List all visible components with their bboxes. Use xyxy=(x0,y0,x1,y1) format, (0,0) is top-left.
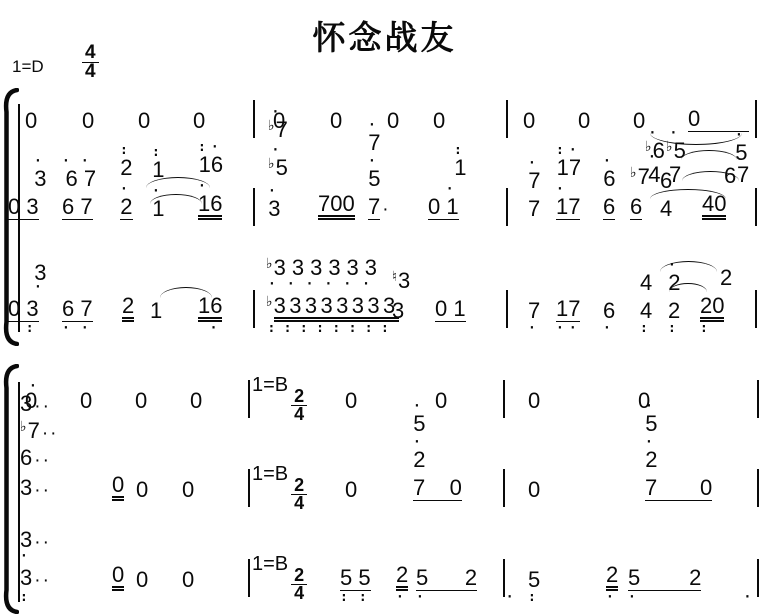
stacked-note: 6 xyxy=(660,170,672,192)
octave-dots-below: : xyxy=(20,593,51,602)
octave-dots-above: · xyxy=(556,185,580,194)
note-digits: 0 xyxy=(82,110,94,132)
stacked-note: 2 xyxy=(720,267,732,289)
stacked-note: ·5 xyxy=(413,402,426,435)
note-main: 5 2· · xyxy=(416,567,477,591)
note-digits: 6 xyxy=(603,168,615,190)
note-digits: 2 xyxy=(122,295,134,322)
note-token: ♭76 xyxy=(630,196,642,220)
barline xyxy=(506,290,508,328)
duration-dots: ·· xyxy=(34,396,51,417)
note-token: 0 xyxy=(136,479,148,501)
note-token: 0 xyxy=(330,110,342,132)
octave-dots-below: · xyxy=(606,593,618,602)
duration-dots: ·· xyxy=(34,532,51,553)
note-digits: 5 xyxy=(368,168,380,190)
note-main: 4: xyxy=(640,300,652,322)
key-change-meter: 24 xyxy=(291,477,307,512)
note-token: ·22: xyxy=(668,300,680,322)
chord-stack: ·5·2 xyxy=(645,402,658,474)
octave-dots-below: ·· xyxy=(62,324,93,333)
octave-dots-below: : xyxy=(700,324,724,333)
stacked-note: 3··· xyxy=(20,529,51,561)
note-token: 6 7·· xyxy=(62,298,93,322)
note-main: 3 xyxy=(392,300,404,322)
duration-dots: ·· xyxy=(42,423,59,444)
octave-dots-below: :: xyxy=(340,593,371,602)
note-digits: 4 xyxy=(640,300,652,322)
key-change: 1=B24 xyxy=(252,374,307,412)
octave-dots-below: : xyxy=(668,324,680,333)
note-main: 6 xyxy=(630,196,642,220)
note-main: 700 xyxy=(318,193,355,220)
note-digits: 0 xyxy=(528,390,540,412)
note-token: 3···3··: xyxy=(20,567,51,591)
barline xyxy=(248,380,250,418)
note-digits: 1 xyxy=(150,300,162,322)
note-digits: 0 xyxy=(435,390,447,412)
octave-dots-below: · xyxy=(34,284,47,292)
barline xyxy=(757,380,759,418)
note-digits: 6 7 xyxy=(62,298,93,322)
note-digits: 2 xyxy=(645,449,657,471)
chord-stack: ♭333333······ xyxy=(266,257,383,292)
note-digits: 700 xyxy=(318,193,355,220)
note-token: 0 xyxy=(190,390,202,412)
octave-dots-below: · xyxy=(198,324,222,333)
note-main: 0 xyxy=(193,110,205,132)
note-main: 5 2· · xyxy=(628,567,701,591)
note-digits: 7 xyxy=(638,166,650,188)
chord-stack: :·16 xyxy=(198,143,224,179)
chord-stack: ·6 xyxy=(603,157,616,193)
note-digits: 3 xyxy=(20,567,32,589)
stacked-note: ·6 xyxy=(603,157,616,190)
note-token: :2·2 xyxy=(120,185,133,220)
note-digits: 0 1 xyxy=(428,196,459,220)
note-digits: 0 xyxy=(193,110,205,132)
note-token: ♮33 xyxy=(392,300,404,322)
octave-dots-above: · xyxy=(268,187,281,196)
stacked-note: ··6 7 xyxy=(62,157,100,190)
note-token: 0 xyxy=(80,390,92,412)
octave-dots-above: · xyxy=(413,402,426,411)
note-main: 0 xyxy=(435,390,447,412)
octave-dots-below: · · xyxy=(416,593,477,602)
note-digits: 0 xyxy=(433,110,445,132)
note-main: 6 xyxy=(603,196,615,220)
note-token: 0 xyxy=(112,564,124,591)
chord-stack: ·5·2 xyxy=(413,402,426,474)
octave-dots-below: · xyxy=(603,324,615,333)
note-digits: 3 xyxy=(268,198,280,220)
key-change-label: 1=B xyxy=(252,553,288,575)
note-main: 7 0 xyxy=(645,477,712,501)
note-digits: 0 xyxy=(135,390,147,412)
note-digits: 2 xyxy=(606,564,618,591)
note-token: ··6 76 7 xyxy=(62,196,93,220)
stacked-note: ·3 xyxy=(34,157,47,190)
note-digits: 7 xyxy=(28,420,40,442)
stacked-note: :·16 xyxy=(198,143,224,176)
barline xyxy=(503,380,505,418)
note-token: ·5·27 0 xyxy=(413,477,462,501)
note-digits: 0 xyxy=(136,479,148,501)
note-token: 0 xyxy=(138,110,150,132)
octave-dots-above: · xyxy=(428,185,459,194)
note-main: 7 xyxy=(737,164,749,186)
octave-dots-below: : xyxy=(528,593,540,602)
note-digits: 0 xyxy=(528,479,540,501)
system-bracket-icon xyxy=(1,88,19,346)
note-digits: 0 xyxy=(190,390,202,412)
note-main: 0 xyxy=(80,390,92,412)
note-token: 1 xyxy=(150,300,162,322)
octave-dots-above: · xyxy=(645,402,658,411)
note-digits: 7 xyxy=(528,300,540,322)
tie-arc xyxy=(669,283,707,292)
note-digits: 3 xyxy=(398,270,410,292)
note-digits: 2 xyxy=(120,157,132,179)
time-signature-denominator: 4 xyxy=(85,63,96,81)
note-main: 4 xyxy=(660,198,672,220)
note-token: 0 xyxy=(135,390,147,412)
note-main: 0 xyxy=(82,110,94,132)
note-main: 16· xyxy=(198,295,222,322)
chord-stack: ·7 xyxy=(528,159,541,195)
chord-stack: ·7·5 xyxy=(368,121,381,193)
octave-dots-below: · · xyxy=(628,593,701,602)
octave-dots-above: :· xyxy=(556,146,582,155)
octave-dots-above: · xyxy=(268,146,288,155)
barline xyxy=(506,188,508,226)
flat-icon: ♭ xyxy=(268,117,275,133)
note-digits: 3 xyxy=(20,529,32,551)
stacked-note: ·3·· xyxy=(20,382,51,417)
barline xyxy=(506,100,508,138)
note-digits: 16 xyxy=(199,154,223,176)
note-digits: 0 1 xyxy=(435,298,466,322)
note-main: 0 xyxy=(136,569,148,591)
stacked-note: :·17 xyxy=(556,146,582,179)
note-main: 0 xyxy=(135,390,147,412)
meter-denominator: 4 xyxy=(294,585,304,602)
note-digits: 0 xyxy=(80,390,92,412)
note-digits: 0 xyxy=(138,110,150,132)
chord-stack: ♮3 xyxy=(392,270,410,297)
stacked-note: ·♭5 xyxy=(268,146,288,181)
note-digits: 3 xyxy=(20,477,32,499)
note-token: 0 xyxy=(433,110,445,132)
note-main: 0 xyxy=(330,110,342,132)
stacked-note: ♭7 xyxy=(630,166,650,190)
note-main: 0 xyxy=(528,390,540,412)
note-token: 2· xyxy=(396,564,408,591)
stacked-note: ·♭7 xyxy=(268,108,288,143)
flat-icon: ♭ xyxy=(268,155,275,171)
stacked-note: :2 xyxy=(120,146,133,179)
chord-stack: 4 xyxy=(640,272,652,297)
duration-dots: ·· xyxy=(34,480,51,501)
note-token: 64 xyxy=(660,198,672,220)
note-digits: 333333 xyxy=(274,257,383,279)
note-digits: 6 xyxy=(603,300,615,322)
note-digits: 7 0 xyxy=(645,477,712,501)
octave-dots-above: : xyxy=(120,146,133,155)
note-main: 20: xyxy=(700,295,724,322)
note-main: 0 xyxy=(578,110,590,132)
octave-dots-above: · xyxy=(120,185,133,194)
chord-stack: :2 xyxy=(120,146,133,182)
flat-icon: ♭ xyxy=(20,418,27,434)
note-digits: 6 xyxy=(20,447,32,469)
note-main: 6· xyxy=(603,300,615,322)
note-digits: 0 xyxy=(345,390,357,412)
chord-stack: 3··· xyxy=(20,529,51,564)
note-digits: 0 xyxy=(387,110,399,132)
octave-dots-below: :::::::: xyxy=(266,324,399,333)
octave-dots-above: · xyxy=(645,438,658,447)
barline xyxy=(248,559,250,597)
page-title: 怀念战友 xyxy=(0,12,769,59)
note-main: 0 xyxy=(25,110,37,132)
chord-stack: 3· xyxy=(34,262,47,295)
barline xyxy=(248,469,250,507)
time-signature: 4 4 xyxy=(82,44,99,81)
stacked-note: ·5 xyxy=(368,157,381,190)
note-token: 220: xyxy=(700,295,724,322)
note-token: 700 xyxy=(318,193,355,220)
note-main: 0 xyxy=(523,110,535,132)
flat-icon: ♭ xyxy=(266,293,273,309)
note-token: :1·0 1 xyxy=(428,185,459,220)
flat-icon: ♭ xyxy=(630,164,637,180)
note-digits: 7 xyxy=(368,132,380,154)
note-main: 2: xyxy=(668,300,680,322)
stacked-note: ·2 xyxy=(645,438,658,471)
note-digits: 0 xyxy=(182,569,194,591)
duration-dots: · xyxy=(382,199,390,220)
note-digits: 5 xyxy=(276,157,288,179)
note-token: 0 xyxy=(193,110,205,132)
note-digits: 0 xyxy=(136,569,148,591)
note-digits: 0 xyxy=(633,110,645,132)
octave-dots-above: · xyxy=(603,157,616,166)
chord-stack: ·♭7·♭5 xyxy=(268,108,288,184)
note-token: 5 5:: xyxy=(340,567,371,591)
note-main: 5: xyxy=(528,569,540,591)
note-digits: 6 7 xyxy=(62,196,93,220)
barline xyxy=(253,290,255,328)
note-main: ·4 xyxy=(648,153,661,186)
key-change-meter: 24 xyxy=(291,388,307,423)
note-digits: 0 xyxy=(182,479,194,501)
flat-icon: ♭ xyxy=(266,255,273,271)
note-digits: 3 xyxy=(20,393,32,415)
octave-dots-above: :· xyxy=(198,143,224,152)
tie-arc xyxy=(160,287,212,298)
note-token: 5 2· · xyxy=(416,567,477,591)
note-digits: 17 xyxy=(556,196,580,220)
note-digits: 17 xyxy=(557,157,581,179)
barline xyxy=(503,559,505,597)
key-change-label: 1=B xyxy=(252,374,288,396)
barline xyxy=(757,559,759,597)
stacked-note: ·7 xyxy=(368,121,381,154)
stacked-note: ·2 xyxy=(413,438,426,471)
note-main: 0 xyxy=(345,390,357,412)
note-main: 0 xyxy=(136,479,148,501)
note-token: 0 xyxy=(136,569,148,591)
note-token: 16· xyxy=(198,295,222,322)
octave-dots-above: · xyxy=(368,157,381,166)
note-main: 2 xyxy=(122,295,134,322)
note-main: 7· xyxy=(368,196,391,220)
note-digits: 5 2 xyxy=(416,567,477,591)
key-change-meter: 24 xyxy=(291,567,307,602)
octave-dots-below: · xyxy=(396,593,408,602)
note-main: 0 xyxy=(112,474,124,501)
note-token: 2· xyxy=(606,564,618,591)
octave-dots-above: : xyxy=(454,146,467,155)
note-main: 3·· xyxy=(20,477,51,501)
note-digits: 0 xyxy=(523,110,535,132)
octave-dots-above: · xyxy=(34,157,47,166)
note-digits: 6 xyxy=(660,170,672,192)
note-main: 0 xyxy=(112,564,124,591)
octave-dots-above: ·· xyxy=(62,157,100,166)
barline xyxy=(755,100,757,138)
note-digits: 6 7 xyxy=(66,168,97,190)
chord-stack: :1 xyxy=(454,146,467,182)
stacked-note: ·7 xyxy=(528,159,541,192)
note-token: 5 2· · xyxy=(628,567,701,591)
natural-icon: ♮ xyxy=(392,268,397,284)
barline xyxy=(755,188,757,226)
note-digits: 2 xyxy=(413,449,425,471)
note-main: 6 7 xyxy=(62,196,93,220)
octave-dots-above: · xyxy=(268,108,288,117)
stacked-note: 6·· xyxy=(20,447,51,471)
stacked-note: :1 xyxy=(454,146,467,179)
meter-denominator: 4 xyxy=(294,406,304,423)
note-main: 0 xyxy=(190,390,202,412)
note-main: ♭33333333:::::::: xyxy=(266,295,399,322)
note-token: 0 xyxy=(345,390,357,412)
octave-dots-below: · xyxy=(20,553,51,561)
note-main: 2· xyxy=(606,564,618,591)
note-token: 0 xyxy=(25,110,37,132)
barline xyxy=(757,469,759,507)
note-token: 0 xyxy=(528,479,540,501)
octave-dots-above: : xyxy=(152,148,165,157)
stacked-note: 4 xyxy=(640,272,652,294)
chord-stack: ·3··♭7··6·· xyxy=(20,382,59,474)
note-token: 0 xyxy=(112,474,124,501)
barline xyxy=(755,290,757,328)
note-main: 0 xyxy=(182,479,194,501)
system-bracket-icon xyxy=(1,364,19,614)
chord-stack: ·3 xyxy=(34,157,47,193)
octave-dots-above: · xyxy=(413,438,426,447)
note-main: 0 xyxy=(387,110,399,132)
note-digits: 2 xyxy=(396,564,408,591)
stacked-note: ♭333333······ xyxy=(266,257,383,289)
note-digits: 1 xyxy=(454,157,466,179)
note-main: 1 xyxy=(150,300,162,322)
note-token: ·7·57· xyxy=(368,196,391,220)
note-digits: 7 xyxy=(737,164,749,186)
note-token: ♭333333······♭33333333:::::::: xyxy=(266,295,399,322)
note-token: ·3··♭7··6··3·· xyxy=(20,477,51,501)
note-main: 0 xyxy=(182,569,194,591)
note-token: 0 xyxy=(633,110,645,132)
note-digits: 5 xyxy=(528,569,540,591)
note-digits: 33333333 xyxy=(274,295,399,322)
note-digits: 5 xyxy=(413,413,425,435)
note-main: 7 0 xyxy=(413,477,462,501)
note-digits: 3 xyxy=(392,300,404,322)
stacked-note: 3· xyxy=(34,262,47,292)
note-token: 0 xyxy=(435,390,447,412)
octave-dots-below: : xyxy=(640,324,652,333)
note-digits: 20 xyxy=(700,295,724,322)
chord-stack: ··6 7 xyxy=(62,157,100,193)
note-main: 0 xyxy=(433,110,445,132)
octave-dots-above: · xyxy=(528,159,541,168)
note-digits: 5 2 xyxy=(628,567,701,591)
note-digits: 2 xyxy=(720,267,732,289)
meter-denominator: 4 xyxy=(294,495,304,512)
note-token: 0 xyxy=(387,110,399,132)
note-digits: 16 xyxy=(198,193,222,220)
note-digits: 2 xyxy=(668,300,680,322)
note-digits: 7 0 xyxy=(413,477,462,501)
octave-dots-above: · xyxy=(20,382,51,391)
note-digits: 0 xyxy=(112,564,124,591)
note-digits: 6 xyxy=(603,196,615,220)
note-digits: 5 xyxy=(645,413,657,435)
note-token: 44: xyxy=(640,300,652,322)
note-digits: 4 xyxy=(640,272,652,294)
note-digits: 5 5 xyxy=(340,567,371,591)
note-main: 6 7·· xyxy=(62,298,93,322)
note-main: 0 xyxy=(138,110,150,132)
note-token: 5: xyxy=(528,569,540,591)
note-main: 5 5:: xyxy=(340,567,371,591)
note-digits: 0 xyxy=(330,110,342,132)
note-digits: 0 xyxy=(578,110,590,132)
octave-dots-below: ·· xyxy=(556,324,580,333)
chord-stack: 2 xyxy=(720,267,732,292)
note-token: 0 xyxy=(523,110,535,132)
note-digits: 7 xyxy=(528,198,540,220)
duration-dots: ·· xyxy=(34,570,51,591)
note-main: ·17 xyxy=(556,185,580,220)
note-digits: 4 xyxy=(660,198,672,220)
barline xyxy=(503,469,505,507)
key-change: 1=B24 xyxy=(252,553,307,591)
note-digits: 7 xyxy=(528,170,540,192)
note-token: 7 xyxy=(737,164,749,186)
note-digits: 0 xyxy=(345,479,357,501)
note-token: ·4 xyxy=(648,153,661,186)
note-token: :·17·17 xyxy=(556,185,580,220)
stacked-note: ♮3 xyxy=(392,270,410,294)
note-main: ·2 xyxy=(120,185,133,220)
note-token: 0 xyxy=(182,569,194,591)
barline xyxy=(253,100,255,138)
